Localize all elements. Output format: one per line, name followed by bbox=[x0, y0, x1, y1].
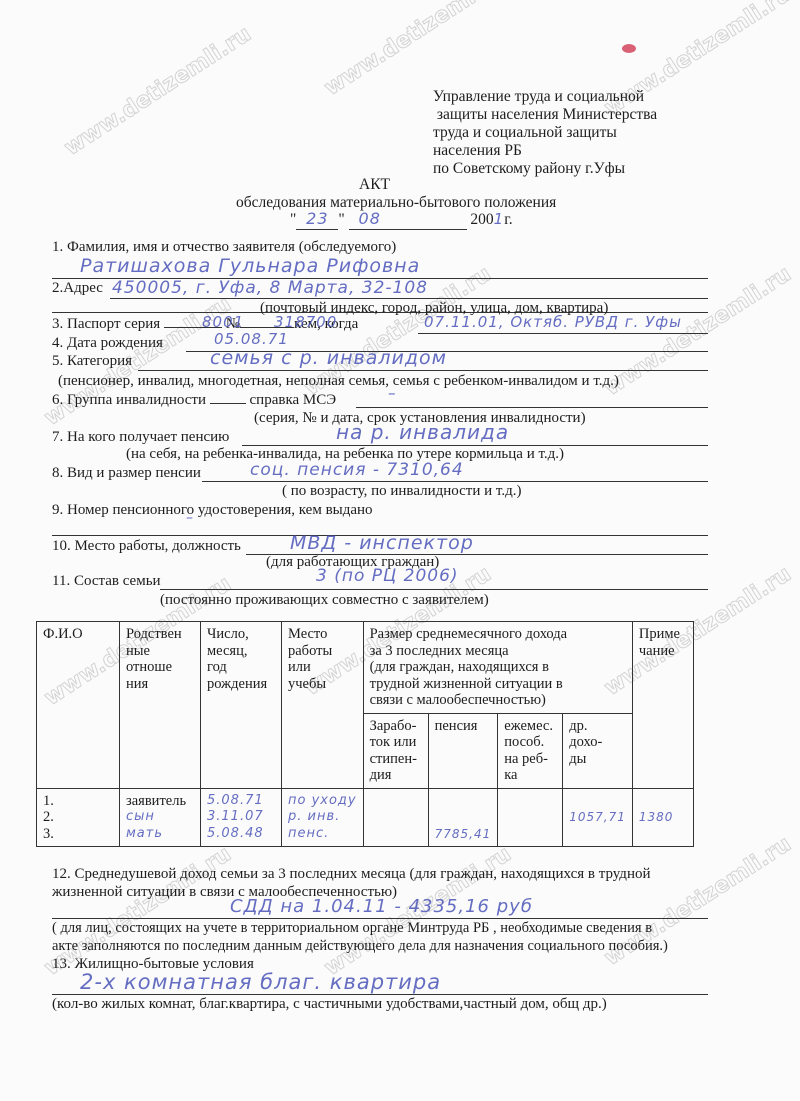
org-line: по Советскому району г.Уфы bbox=[433, 160, 657, 178]
field-8-value: соц. пенсия - 7310,64 bbox=[250, 460, 464, 480]
org-line: защиты населения Министерства bbox=[433, 106, 657, 124]
col-income: Размер среднемесячного доходаза 3 послед… bbox=[363, 622, 632, 714]
org-line: населения РБ bbox=[433, 142, 657, 160]
field-7-label: 7. На кого получает пенсию bbox=[52, 429, 229, 446]
field-11-value: 3 (по РЦ 2006) bbox=[316, 566, 459, 586]
section-13-value: 2-х комнатная благ. квартира bbox=[80, 970, 441, 994]
passport-issued: 07.11.01, Октяб. РУВД г. Уфы bbox=[424, 313, 682, 331]
field-9-label: 9. Номер пенсионного удостоверения, кем … bbox=[52, 502, 373, 519]
table-header-row: Ф.И.О Родственныеотношения Число,месяц,г… bbox=[37, 622, 694, 714]
family-income-table: Ф.И.О Родственныеотношения Число,месяц,г… bbox=[36, 621, 694, 847]
date-month: 08 bbox=[359, 209, 381, 228]
field-9-value: – bbox=[186, 510, 194, 526]
passport-number: 318700 bbox=[274, 313, 337, 331]
organization-block: Управление труда и социальной защиты нас… bbox=[433, 88, 657, 178]
field-8-hint: ( по возрасту, по инвалидности и т.д.) bbox=[282, 483, 521, 500]
org-line: труда и социальной защиты bbox=[433, 124, 657, 142]
section-12-label-1: 12. Среднедушевой доход семьи за 3 после… bbox=[52, 866, 651, 883]
col-other: др.дохо-ды bbox=[563, 713, 633, 788]
field-7-value: на р. инвалида bbox=[336, 420, 509, 444]
watermark: www.detizemli.ru bbox=[60, 22, 256, 161]
org-line: Управление труда и социальной bbox=[433, 88, 657, 106]
section-12-value: СДД на 1.04.11 - 4335,16 руб bbox=[230, 896, 533, 917]
field-6-value: – bbox=[388, 384, 397, 402]
watermark: www.detizemli.ru bbox=[600, 262, 796, 401]
col-fio: Ф.И.О bbox=[37, 622, 120, 789]
field-11-hint: (постоянно проживающих совместно с заяви… bbox=[160, 592, 489, 609]
date-day: 23 bbox=[306, 209, 328, 228]
section-12-note-1: ( для лиц, состоящих на учете в территор… bbox=[52, 920, 652, 937]
field-5-value: семья с р. инвалидом bbox=[210, 347, 447, 369]
field-4-value: 05.08.71 bbox=[214, 330, 289, 348]
document-title: АКТ bbox=[359, 176, 390, 194]
field-1-label: 1. Фамилия, имя и отчество заявителя (об… bbox=[52, 239, 396, 256]
field-1-value: Ратишахова Гульнара Рифовна bbox=[80, 255, 420, 277]
col-salary: Зарабо-ток илистипен-дия bbox=[363, 713, 428, 788]
col-allowance: ежемес.пособ.на реб-ка bbox=[498, 713, 563, 788]
field-5-label: 5. Категория bbox=[52, 353, 132, 370]
field-11-label: 11. Состав семьи bbox=[52, 573, 161, 590]
field-10-value: МВД - инспектор bbox=[290, 532, 474, 554]
section-12-note-2: акте заполняются по последним данным дей… bbox=[52, 938, 668, 955]
date-year-handwritten: 1 bbox=[494, 210, 505, 228]
passport-series: 8001 bbox=[202, 313, 244, 331]
document-date: "23" 08 2001г. bbox=[290, 209, 513, 230]
col-relation: Родственныеотношения bbox=[120, 622, 201, 789]
date-year: 200 bbox=[470, 211, 493, 228]
field-2-value: 450005, г. Уфа, 8 Марта, 32-108 bbox=[112, 278, 428, 298]
field-4-label: 4. Дата рождения bbox=[52, 335, 163, 352]
col-pension: пенсия bbox=[428, 713, 498, 788]
table-row: 1.2.3. заявитель сын мать 5.08.71 3.11.0… bbox=[37, 788, 694, 847]
section-13-hint: (кол-во жилых комнат, благ.квартира, с ч… bbox=[52, 996, 607, 1013]
col-note: Примечание bbox=[632, 622, 693, 789]
col-work: Местоработыилиучебы bbox=[282, 622, 364, 789]
watermark: www.detizemli.ru bbox=[320, 0, 516, 101]
field-6-label: 6. Группа инвалидности справка МСЭ bbox=[52, 392, 336, 409]
field-2-label: 2.Адрес bbox=[52, 280, 103, 297]
field-8-label: 8. Вид и размер пенсии bbox=[52, 465, 201, 482]
col-birth: Число,месяц,годрождения bbox=[201, 622, 282, 789]
field-10-label: 10. Место работы, должность bbox=[52, 538, 241, 555]
field-5-hint: (пенсионер, инвалид, многодетная, неполн… bbox=[58, 373, 619, 390]
ink-spot bbox=[622, 44, 636, 53]
